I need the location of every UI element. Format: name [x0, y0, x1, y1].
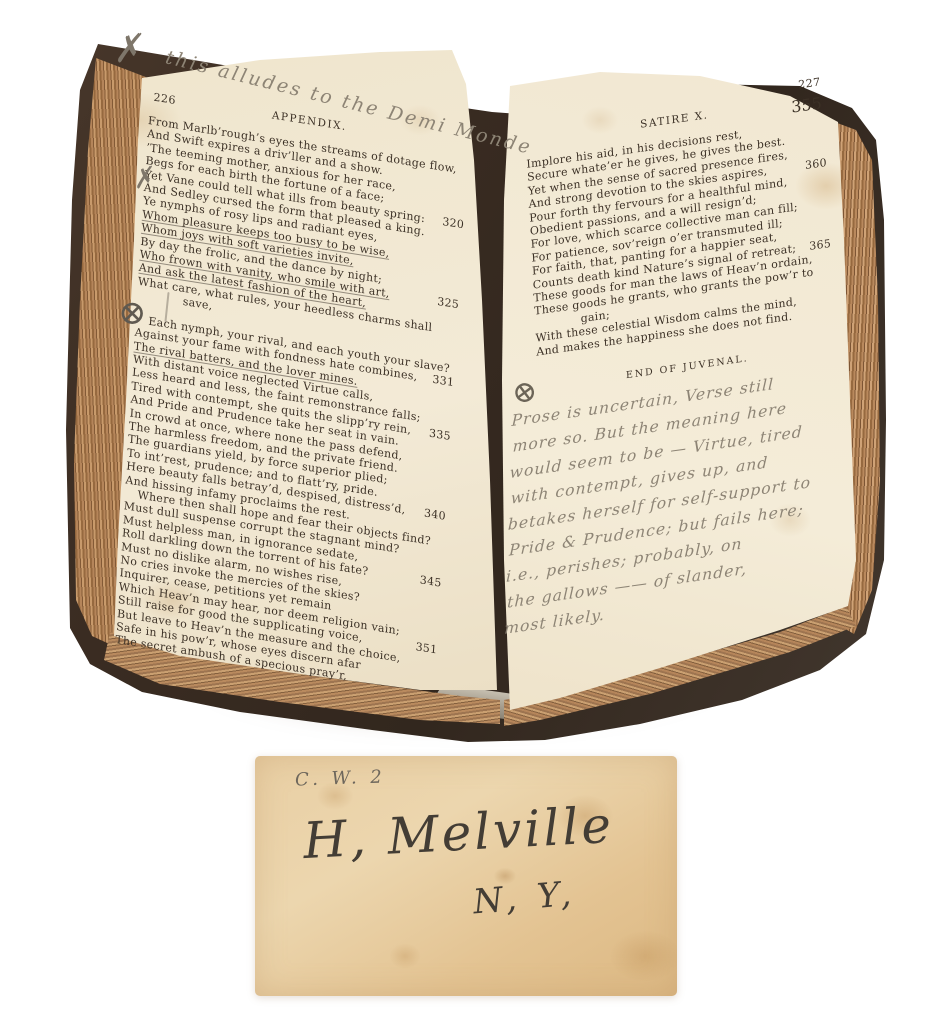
poem-line-number: [462, 177, 467, 191]
left-page-text: 226 APPENDIX. From Marlb’rough’s eyes th…: [115, 90, 469, 697]
poem-line-number: [461, 204, 466, 218]
poem-line-number: [451, 362, 456, 376]
poem-line-number: [435, 616, 440, 630]
poem-line-number: [436, 590, 441, 604]
poem-line-number: [447, 416, 452, 430]
poem-line-number: [825, 196, 830, 210]
auction-photo: ✗ this alludes to the Demi Monde 226 APP…: [0, 0, 938, 1024]
margin-circled-x-mark: ⊗: [118, 296, 147, 330]
satire-line-number: 355: [791, 93, 822, 116]
poem-line-number: [432, 657, 437, 671]
poem-line-number: [828, 263, 833, 277]
top-pencil-x-mark: ✗: [110, 30, 145, 70]
poem-line-number: [458, 244, 463, 258]
poem-line-number: [453, 324, 458, 338]
poem-line-number: [436, 603, 441, 617]
right-poem: Implore his aid, in his decisions rest, …: [526, 116, 835, 359]
poem-line-number: [440, 536, 445, 550]
poem-line-number: [439, 550, 444, 564]
left-poem: From Marlb’rough’s eyes the streams of d…: [115, 114, 468, 697]
poem-line-number: [438, 563, 443, 577]
card-pencil-note: C. W. 2: [295, 766, 387, 790]
poem-line-number: [825, 210, 830, 224]
poem-line-number: [829, 277, 834, 291]
poem-line-number: [434, 630, 439, 644]
poem-line-number: [459, 231, 464, 245]
poem-line-number: [824, 183, 829, 197]
poem-line-number: [430, 683, 435, 697]
signature-card: C. W. 2 H, Melville N, Y,: [255, 756, 677, 996]
poem-line-number: [456, 284, 461, 298]
poem-line-number: [449, 389, 454, 403]
poem-line-number: [820, 116, 825, 130]
poem-line-number: [826, 223, 831, 237]
left-page-number: 226: [153, 91, 176, 108]
poem-line-number: [827, 250, 832, 264]
poem-line-number: [456, 271, 461, 285]
right-page-number: 227: [798, 75, 821, 91]
poem-line-number: [442, 496, 447, 510]
poem-line-number: [454, 311, 459, 325]
poem-line-number: [448, 402, 453, 416]
poem-line-number: [822, 143, 827, 157]
poem-line-number: [463, 164, 468, 178]
signature-place: N, Y,: [471, 874, 577, 923]
poem-line-number: [830, 303, 835, 317]
poem-line-number: [823, 170, 828, 184]
poem-line-number: [446, 442, 451, 456]
poem-line-number: [461, 191, 466, 205]
poem-line-number: [445, 456, 450, 470]
right-page-text: 227 SATIRE X. 355 Implore his aid, in hi…: [524, 75, 837, 394]
poem-line-number: [821, 129, 826, 143]
poem-line-number: [457, 258, 462, 272]
poem-line-number: [431, 670, 436, 684]
poem-line-number: [441, 523, 446, 537]
poem-line-number: [443, 483, 448, 497]
poem-line-number: [444, 469, 449, 483]
poem-line-number: [830, 290, 835, 304]
poem-line-number: [452, 338, 457, 352]
melville-signature: H, Melville: [302, 796, 616, 870]
